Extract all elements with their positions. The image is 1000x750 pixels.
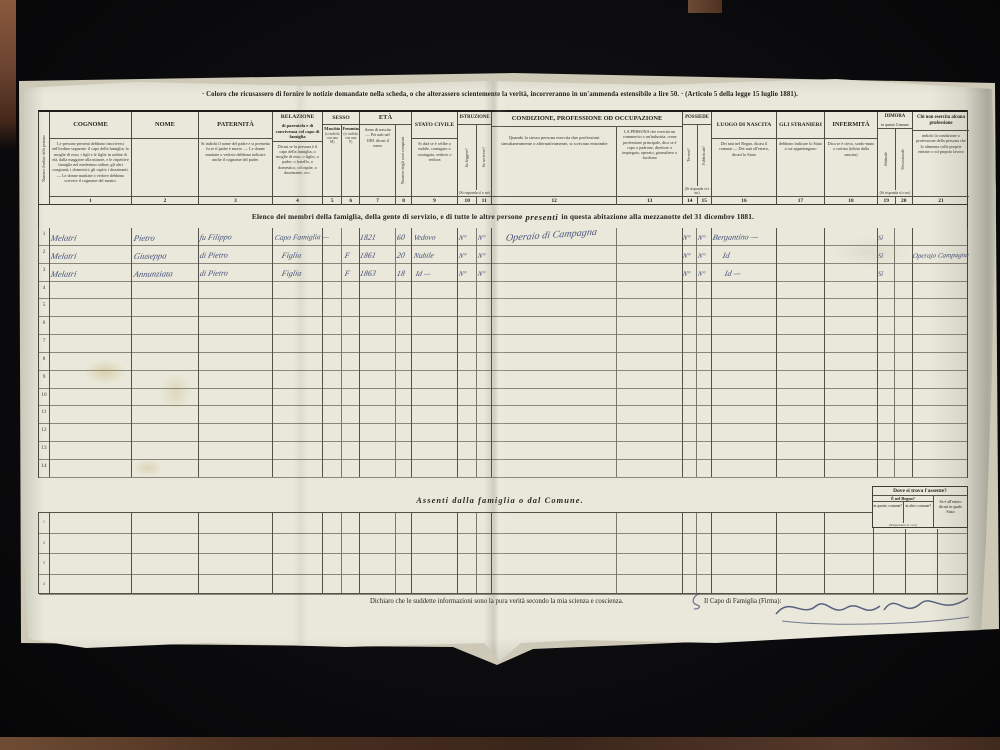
col-num-11: 11 bbox=[476, 197, 491, 205]
condizione-12-note: Quando la stessa persona esercita due pr… bbox=[492, 127, 616, 196]
col-num-12: 12 bbox=[492, 197, 616, 205]
column-rule bbox=[198, 513, 199, 593]
occasionale-label: Occasionale bbox=[901, 149, 906, 169]
col-num-21: 21 bbox=[913, 197, 969, 205]
fabbricati-label: Fabbricati? bbox=[702, 146, 707, 165]
assenti-row-number: 4 bbox=[40, 581, 48, 586]
possiede-title: POSSIEDE bbox=[683, 112, 711, 125]
column-rule bbox=[894, 228, 895, 477]
stato-civile-title: STATO CIVILE bbox=[412, 112, 457, 139]
assenti-row-number: 2 bbox=[40, 540, 48, 545]
column-rule bbox=[359, 228, 360, 477]
assenti-section-title: Assenti dalla famiglia o dal Comune. bbox=[330, 496, 670, 505]
stranieri-note: debbono indicare lo Stato a cui apparten… bbox=[777, 139, 824, 196]
cell-paternita: di Pietro bbox=[199, 269, 229, 278]
row-number: 9 bbox=[39, 374, 49, 380]
column-rule bbox=[696, 513, 697, 593]
cell-stato-civile: Id — bbox=[415, 269, 432, 278]
row-number: 10 bbox=[39, 392, 49, 398]
cognome-note: Le persone presenti debbono inscriversi … bbox=[50, 139, 131, 196]
sa-leggere-label: Sa leggere? bbox=[465, 148, 470, 167]
column-rule bbox=[395, 513, 396, 593]
cell-relazione: Capo Famiglia — bbox=[274, 232, 330, 242]
sa-leggere-cell: Sa leggere? bbox=[458, 125, 476, 190]
cell-relazione: Figlia bbox=[281, 269, 302, 278]
cell-sa-leggere: N° bbox=[458, 270, 467, 278]
cell-cognome: Melatri bbox=[50, 251, 78, 261]
column-rule bbox=[457, 228, 458, 477]
cell-terreni: N° bbox=[682, 234, 691, 242]
nome-note bbox=[132, 139, 198, 196]
chi-non-esercita-note: indichi la condizione o professione dell… bbox=[913, 131, 969, 196]
col-header-numero-ordine: Numero d'ordine delle persone bbox=[39, 112, 49, 205]
sesso-femmina-cell: Femmina (si indichi con una F) bbox=[341, 125, 359, 196]
col-num-17: 17 bbox=[777, 197, 824, 205]
cell-fabbricati: N° bbox=[697, 252, 706, 260]
column-rule bbox=[131, 513, 132, 593]
dove-risposta-note: (Rispondere sì o no) bbox=[873, 523, 933, 527]
column-rule bbox=[395, 228, 396, 477]
cell-sa-leggere: N° bbox=[458, 234, 467, 242]
cell-anno-nascita: 1821 bbox=[359, 233, 377, 242]
col-header-cognome: COGNOME Le persone presenti debbono insc… bbox=[49, 112, 131, 205]
cognome-title: COGNOME bbox=[50, 112, 131, 139]
column-rule bbox=[341, 228, 342, 477]
cell-terreni: N° bbox=[682, 270, 691, 278]
col-header-eta: ETÀ Anno di nascita — Pei nati nel 1881 … bbox=[359, 112, 411, 205]
column-rule bbox=[411, 513, 412, 593]
column-rule bbox=[411, 228, 412, 477]
dove-assente-title: Dove si trova l'assente? bbox=[873, 487, 967, 496]
eta-title: ETÀ bbox=[360, 112, 411, 125]
relazione-note: Dicasi se la persona è il capo della fam… bbox=[273, 142, 322, 197]
col-num-10: 10 bbox=[458, 197, 476, 205]
dove-column-rule bbox=[905, 529, 906, 593]
dimora-title: DIMORA bbox=[878, 112, 912, 122]
cell-nome: Giuseppa bbox=[133, 250, 168, 261]
cell-cognome: Melatri bbox=[50, 233, 78, 243]
col-num-6: 6 bbox=[341, 197, 359, 205]
dove-altro-comune-cell: in altro comune? bbox=[903, 502, 934, 523]
column-rule bbox=[912, 228, 913, 477]
cell-terreni: N° bbox=[682, 252, 691, 260]
col-header-paternita: PATERNITÀ Si indichi il nome del padre e… bbox=[198, 112, 272, 205]
eta-anno-cell: Anno di nascita — Pei nati nel 1881 dica… bbox=[360, 125, 395, 196]
assenti-row: 1 bbox=[39, 513, 967, 534]
sa-scrivere-label: Sa scrivere? bbox=[482, 147, 487, 167]
cell-sa-leggere: N° bbox=[458, 252, 467, 260]
cell-paternita: fu Filippo bbox=[199, 232, 233, 242]
row-number: 14 bbox=[39, 463, 49, 469]
table-row: 6 bbox=[39, 317, 967, 335]
col-header-possiede: POSSIEDE Terreni? Fabbricati? (Si rispon… bbox=[682, 112, 711, 205]
cell-sa-scrivere: N° bbox=[477, 270, 486, 278]
declaration-text: Dichiaro che le suddette informazioni so… bbox=[370, 598, 623, 605]
cell-luogo-nascita: Id — bbox=[724, 269, 742, 278]
column-rule bbox=[198, 228, 199, 477]
col-num-1: 1 bbox=[50, 197, 131, 205]
column-rule bbox=[682, 228, 683, 477]
row-number: 6 bbox=[39, 320, 49, 326]
pen-flourish-mark bbox=[688, 591, 704, 611]
row-number: 3 bbox=[39, 267, 49, 273]
table-row: 4 bbox=[39, 282, 967, 300]
dove-column-rule bbox=[937, 529, 938, 593]
column-rule bbox=[457, 513, 458, 593]
nome-title: NOME bbox=[132, 112, 198, 139]
col-num-3: 3 bbox=[199, 197, 272, 205]
row-number: 7 bbox=[39, 338, 49, 344]
column-rule bbox=[776, 513, 777, 593]
condizione-title: CONDIZIONE, PROFESSIONE OD OCCUPAZIONE bbox=[492, 112, 682, 127]
column-rule bbox=[877, 228, 878, 477]
row-number: 1 bbox=[39, 231, 49, 237]
col-header-sesso: SESSO Maschio (si indichi con una M) Fem… bbox=[322, 112, 359, 205]
col-num-13: 13 bbox=[616, 197, 682, 205]
col-num-7: 7 bbox=[360, 197, 395, 205]
elenco-presenti-word: presenti bbox=[525, 212, 558, 222]
column-rule bbox=[322, 513, 323, 593]
column-rule bbox=[491, 513, 492, 593]
istruzione-title: ISTRUZIONE bbox=[458, 112, 491, 125]
col-num-19: 19 bbox=[878, 197, 895, 205]
column-rule bbox=[711, 513, 712, 593]
table-row: 9 bbox=[39, 371, 967, 389]
elenco-suffix: in questa abitazione alla mezzanotte del… bbox=[561, 212, 754, 221]
column-rule bbox=[696, 228, 697, 477]
abituale-cell: Abituale bbox=[878, 129, 895, 190]
col-header-relazione: RELAZIONE di parentela e di convivenza c… bbox=[272, 112, 322, 205]
stato-civile-note: Si dirà se è celibe o nubile, coniugato … bbox=[412, 139, 457, 196]
column-rule bbox=[616, 228, 617, 477]
elenco-subtitle-band: Elenco dei membri della famiglia, della … bbox=[38, 205, 968, 228]
table-row: 14 bbox=[39, 460, 967, 478]
cell-sa-scrivere: N° bbox=[477, 234, 486, 242]
assenti-row: 3 bbox=[39, 554, 967, 575]
col-num-15: 15 bbox=[697, 197, 712, 205]
table-row: 12 bbox=[39, 424, 967, 442]
table-row: 1 bbox=[39, 228, 967, 246]
dove-assente-header-box: Dove si trova l'assente? È nel Regno? in… bbox=[872, 486, 968, 528]
photo-of-census-register: · Coloro che ricusassero di fornire le n… bbox=[0, 0, 1000, 750]
col-header-stranieri: GLI STRANIERI debbono indicare lo Stato … bbox=[776, 112, 824, 205]
cell-anno-nascita: 1861 bbox=[359, 251, 377, 260]
row-number: 5 bbox=[39, 302, 49, 308]
fabbricati-cell: Fabbricati? bbox=[697, 125, 712, 186]
col-header-chi-non-esercita: Chi non esercita alcuna professione indi… bbox=[912, 112, 969, 205]
infermita-note: Dica se è cieco, sordo-muto o cretino (i… bbox=[825, 139, 877, 196]
column-rule bbox=[776, 228, 777, 477]
femmina-note: (si indichi con una F) bbox=[342, 131, 359, 145]
column-rule bbox=[49, 513, 50, 593]
cell-sa-scrivere: N° bbox=[477, 252, 486, 260]
column-rule bbox=[49, 228, 50, 477]
cell-fabbricati: N° bbox=[697, 270, 706, 278]
col-num-14: 14 bbox=[683, 197, 697, 205]
table-row: 2 bbox=[39, 246, 967, 264]
relazione-subtitle: di parentela e di convivenza col capo di… bbox=[273, 122, 322, 142]
numero-ordine-label: Numero d'ordine delle persone bbox=[42, 135, 46, 182]
col-header-dimora: DIMORA in questo Comune Abituale Occasio… bbox=[877, 112, 912, 205]
table-header: Numero d'ordine delle persone COGNOME Le… bbox=[38, 110, 968, 205]
col-num-2: 2 bbox=[132, 197, 198, 205]
sa-scrivere-cell: Sa scrivere? bbox=[476, 125, 491, 190]
assenti-table-grid: 1234 bbox=[38, 512, 968, 594]
table-row: 8 bbox=[39, 353, 967, 371]
possiede-foot-note: (Si risponda sì e no) bbox=[683, 186, 711, 196]
col-num-20: 20 bbox=[895, 197, 913, 205]
cell-stato-civile: Vedovo bbox=[413, 233, 437, 242]
eta-anni-cell: Numero degli anni compiuti bbox=[395, 125, 411, 196]
column-rule bbox=[682, 513, 683, 593]
capo-famiglia-label: Il Capo di Famiglia (Firma): bbox=[704, 598, 781, 605]
column-rule bbox=[476, 513, 477, 593]
luogo-nascita-note: Dei nati nel Regno, dicasi il comune — D… bbox=[712, 139, 776, 196]
col-header-infermita: INFERMITÀ Dica se è cieco, sordo-muto o … bbox=[824, 112, 877, 205]
column-rule bbox=[824, 228, 825, 477]
col-header-nome: NOME 2 bbox=[131, 112, 198, 205]
column-rule bbox=[476, 228, 477, 477]
table-row: 5 bbox=[39, 299, 967, 317]
row-number: 11 bbox=[39, 409, 49, 415]
col-num-18: 18 bbox=[825, 197, 877, 205]
condizione-13-cell: LA PERSONA che esercita un commercio o u… bbox=[616, 127, 682, 196]
table-row: 11 bbox=[39, 406, 967, 424]
abituale-label: Abituale bbox=[884, 152, 889, 166]
row-number: 12 bbox=[39, 427, 49, 433]
table-row: 13 bbox=[39, 442, 967, 460]
table-row: 3 bbox=[39, 264, 967, 282]
row-number: 8 bbox=[39, 356, 49, 362]
terreni-cell: Terreni? bbox=[683, 125, 697, 186]
infermita-title: INFERMITÀ bbox=[825, 112, 877, 139]
col-num-9: 9 bbox=[412, 197, 457, 205]
occasionale-cell: Occasionale bbox=[895, 129, 913, 190]
condizione-13-note: LA PERSONA che esercita un commercio o u… bbox=[617, 127, 682, 196]
table-row: 7 bbox=[39, 335, 967, 353]
dove-questo-comune-cell: in questo comune? bbox=[873, 502, 903, 523]
capo-famiglia-signature bbox=[772, 588, 972, 628]
anni-compiuti-label: Numero degli anni compiuti bbox=[401, 137, 406, 184]
page-content: · Coloro che ricusassero di fornire le n… bbox=[0, 0, 1000, 750]
luogo-nascita-title: LUOGO DI NASCITA bbox=[712, 112, 776, 139]
col-header-luogo-nascita: LUOGO DI NASCITA Dei nati nel Regno, dic… bbox=[711, 112, 776, 205]
row-number: 2 bbox=[39, 249, 49, 255]
cell-fabbricati: N° bbox=[697, 234, 706, 242]
cell-nome: Pietro bbox=[133, 233, 156, 243]
cell-luogo-nascita: Bergantino — bbox=[712, 232, 759, 242]
column-rule bbox=[322, 228, 323, 477]
column-rule bbox=[491, 228, 492, 477]
cell-anno-nascita: 1863 bbox=[359, 269, 377, 278]
col-num-5: 5 bbox=[323, 197, 341, 205]
col-num-4: 4 bbox=[273, 197, 322, 205]
paternita-title: PATERNITÀ bbox=[199, 112, 272, 139]
sesso-title: SESSO bbox=[323, 112, 359, 125]
col-header-istruzione: ISTRUZIONE Sa leggere? Sa scrivere? (Si … bbox=[457, 112, 491, 205]
cell-stato-civile: Nubile bbox=[413, 251, 435, 260]
dove-regno-group: È nel Regno? in questo comune? in altro … bbox=[873, 496, 933, 527]
column-rule bbox=[824, 513, 825, 593]
chi-non-esercita-title: Chi non esercita alcuna professione bbox=[913, 112, 969, 131]
stranieri-title: GLI STRANIERI bbox=[777, 112, 824, 139]
column-rule bbox=[616, 513, 617, 593]
row-number: 13 bbox=[39, 445, 49, 451]
col-num-8: 8 bbox=[395, 197, 411, 205]
cell-chi-alimenta: Operajo Campagna bbox=[912, 251, 970, 260]
column-rule bbox=[131, 228, 132, 477]
penalty-warning-line: · Coloro che ricusassero di fornire le n… bbox=[60, 91, 940, 98]
assenti-row-number: 1 bbox=[40, 519, 48, 524]
main-table-grid: 1234567891011121314 bbox=[38, 228, 968, 478]
relazione-title: RELAZIONE bbox=[273, 112, 322, 122]
column-rule bbox=[272, 513, 273, 593]
col-header-condizione: CONDIZIONE, PROFESSIONE OD OCCUPAZIONE Q… bbox=[491, 112, 682, 205]
column-rule bbox=[341, 513, 342, 593]
row-number: 4 bbox=[39, 285, 49, 291]
paternita-note: Si indichi il nome del padre e si premet… bbox=[199, 139, 272, 196]
table-row: 10 bbox=[39, 389, 967, 407]
col-num-16: 16 bbox=[712, 197, 776, 205]
cell-cognome: Melatri bbox=[50, 269, 78, 279]
sesso-maschio-cell: Maschio (si indichi con una M) bbox=[323, 125, 341, 196]
column-rule bbox=[359, 513, 360, 593]
cell-paternita: di Pietro bbox=[199, 251, 229, 260]
column-rule bbox=[272, 228, 273, 477]
col-header-stato-civile: STATO CIVILE Si dirà se è celibe o nubil… bbox=[411, 112, 457, 205]
cell-luogo-nascita: Id bbox=[722, 251, 730, 260]
elenco-prefix: Elenco dei membri della famiglia, della … bbox=[252, 212, 523, 221]
cell-nome: Annunziata bbox=[133, 268, 174, 279]
column-rule bbox=[711, 228, 712, 477]
assenti-row-number: 3 bbox=[40, 560, 48, 565]
assenti-row: 2 bbox=[39, 534, 967, 555]
dove-estero-cell: Se è all'estero dicasi in quale Stato bbox=[933, 496, 967, 527]
terreni-label: Terreni? bbox=[687, 148, 692, 162]
cell-relazione: Figlia bbox=[281, 251, 302, 260]
maschio-note: (si indichi con una M) bbox=[323, 131, 341, 145]
anno-nascita-label: Anno di nascita — Pei nati nel 1881 dica… bbox=[360, 125, 395, 196]
condizione-12-cell: Quando la stessa persona esercita due pr… bbox=[492, 127, 616, 196]
